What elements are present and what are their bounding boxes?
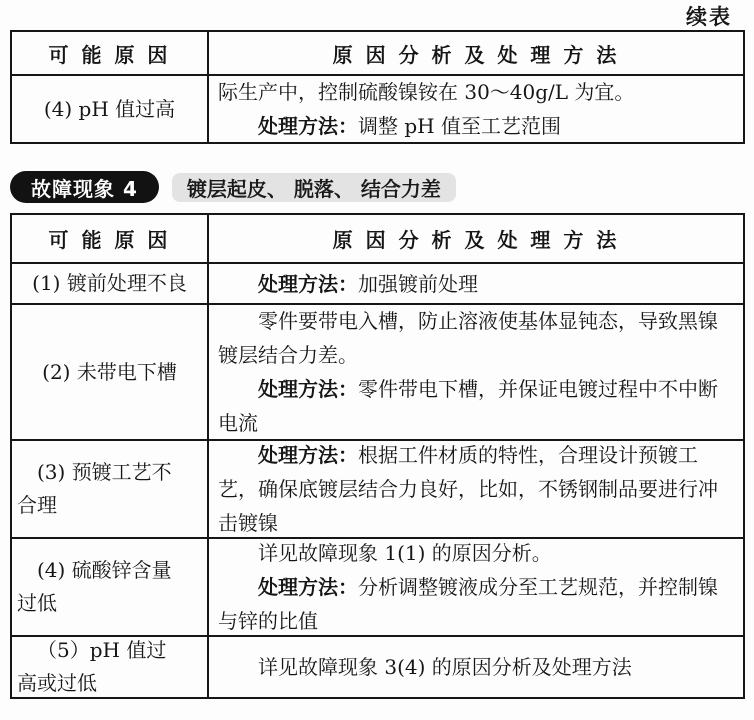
method-label: 处理方法： — [258, 443, 358, 467]
analysis-paragraph: 处理方法：根据工件材质的特性，合理设计预镀工艺，确保底镀层结合力良好，比如，不锈… — [218, 438, 734, 540]
analysis-paragraph: 处理方法：调整 pH 值至工艺范围 — [218, 109, 734, 143]
cause-text: (2) 未带电下槽 — [12, 356, 207, 389]
cause-text: (1) 镀前处理不良 — [12, 267, 207, 300]
cause-cell: （5）pH 值过高或过低 — [12, 637, 209, 697]
method-label: 处理方法： — [258, 114, 358, 138]
analysis-cell: 零件要带电入槽，防止溶液使基体显钝态，导致黑镍镀层结合力差。 处理方法：零件带电… — [209, 305, 743, 439]
fault-table-4: 可 能 原 因 原 因 分 析 及 处 理 方 法 (1) 镀前处理不良 处理方… — [10, 213, 745, 699]
analysis-paragraph: 际生产中，控制硫酸镍铵在 30～40g/L 为宜。 — [218, 75, 734, 109]
cause-text: （5）pH 值过高或过低 — [12, 634, 207, 700]
cause-cell: (1) 镀前处理不良 — [12, 264, 209, 303]
header-cell-analysis: 原 因 分 析 及 处 理 方 法 — [209, 215, 743, 262]
cause-cell: (4) pH 值过高 — [12, 76, 209, 142]
cause-text: (4) pH 值过高 — [12, 93, 207, 126]
table-row: (3) 预镀工艺不合理 处理方法：根据工件材质的特性，合理设计预镀工艺，确保底镀… — [12, 439, 743, 537]
analysis-paragraph: 处理方法：分析调整镀液成分至工艺规范，并控制镍与锌的比值 — [218, 570, 734, 638]
analysis-cell: 处理方法：加强镀前处理 — [209, 264, 743, 303]
table-header-row: 可 能 原 因 原 因 分 析 及 处 理 方 法 — [12, 215, 743, 262]
table-row: (4) pH 值过高 际生产中，控制硫酸镍铵在 30～40g/L 为宜。 处理方… — [12, 74, 743, 142]
analysis-cell: 详见故障现象 3(4) 的原因分析及处理方法 — [209, 637, 743, 697]
document-page: 续表 可 能 原 因 原 因 分 析 及 处 理 方 法 (4) pH 值过高 … — [0, 0, 754, 720]
method-label: 处理方法： — [258, 377, 358, 401]
cause-cell: (2) 未带电下槽 — [12, 305, 209, 439]
header-analysis-label: 原 因 分 析 及 处 理 方 法 — [333, 39, 620, 68]
method-label: 处理方法： — [258, 575, 358, 599]
table-row: （5）pH 值过高或过低 详见故障现象 3(4) 的原因分析及处理方法 — [12, 635, 743, 697]
header-analysis-label: 原 因 分 析 及 处 理 方 法 — [333, 224, 620, 253]
header-cause-label: 可 能 原 因 — [49, 224, 171, 253]
analysis-paragraph: 处理方法：加强镀前处理 — [218, 267, 734, 301]
analysis-cell: 际生产中，控制硫酸镍铵在 30～40g/L 为宜。 处理方法：调整 pH 值至工… — [209, 76, 743, 142]
analysis-cell: 详见故障现象 1(1) 的原因分析。 处理方法：分析调整镀液成分至工艺规范，并控… — [209, 539, 743, 635]
header-cell-cause: 可 能 原 因 — [12, 215, 209, 262]
header-cell-cause: 可 能 原 因 — [12, 32, 209, 74]
analysis-paragraph: 零件要带电入槽，防止溶液使基体显钝态，导致黑镍镀层结合力差。 — [218, 304, 734, 372]
header-cause-label: 可 能 原 因 — [49, 39, 171, 68]
fault-title: 镀层起皮、 脱落、 结合力差 — [172, 173, 456, 202]
table-row: (1) 镀前处理不良 处理方法：加强镀前处理 — [12, 262, 743, 303]
cause-text: (4) 硫酸锌含量过低 — [12, 554, 207, 620]
table-row: (4) 硫酸锌含量过低 详见故障现象 1(1) 的原因分析。 处理方法：分析调整… — [12, 537, 743, 635]
fault-table-continued: 可 能 原 因 原 因 分 析 及 处 理 方 法 (4) pH 值过高 际生产… — [10, 30, 745, 144]
table-header-row: 可 能 原 因 原 因 分 析 及 处 理 方 法 — [12, 32, 743, 74]
header-cell-analysis: 原 因 分 析 及 处 理 方 法 — [209, 32, 743, 74]
cause-text: (3) 预镀工艺不合理 — [12, 456, 207, 522]
method-label: 处理方法： — [258, 272, 358, 296]
analysis-paragraph: 详见故障现象 1(1) 的原因分析。 — [218, 536, 734, 570]
fault-banner: 故障现象 4 镀层起皮、 脱落、 结合力差 — [10, 171, 456, 203]
fault-number-badge: 故障现象 4 — [10, 171, 159, 203]
cause-cell: (4) 硫酸锌含量过低 — [12, 539, 209, 635]
analysis-paragraph: 详见故障现象 3(4) 的原因分析及处理方法 — [218, 650, 734, 684]
table-row: (2) 未带电下槽 零件要带电入槽，防止溶液使基体显钝态，导致黑镍镀层结合力差。… — [12, 303, 743, 439]
continued-table-label: 续表 — [686, 1, 732, 31]
analysis-paragraph: 处理方法：零件带电下槽，并保证电镀过程中不中断电流 — [218, 372, 734, 440]
analysis-cell: 处理方法：根据工件材质的特性，合理设计预镀工艺，确保底镀层结合力良好，比如，不锈… — [209, 441, 743, 537]
cause-cell: (3) 预镀工艺不合理 — [12, 441, 209, 537]
